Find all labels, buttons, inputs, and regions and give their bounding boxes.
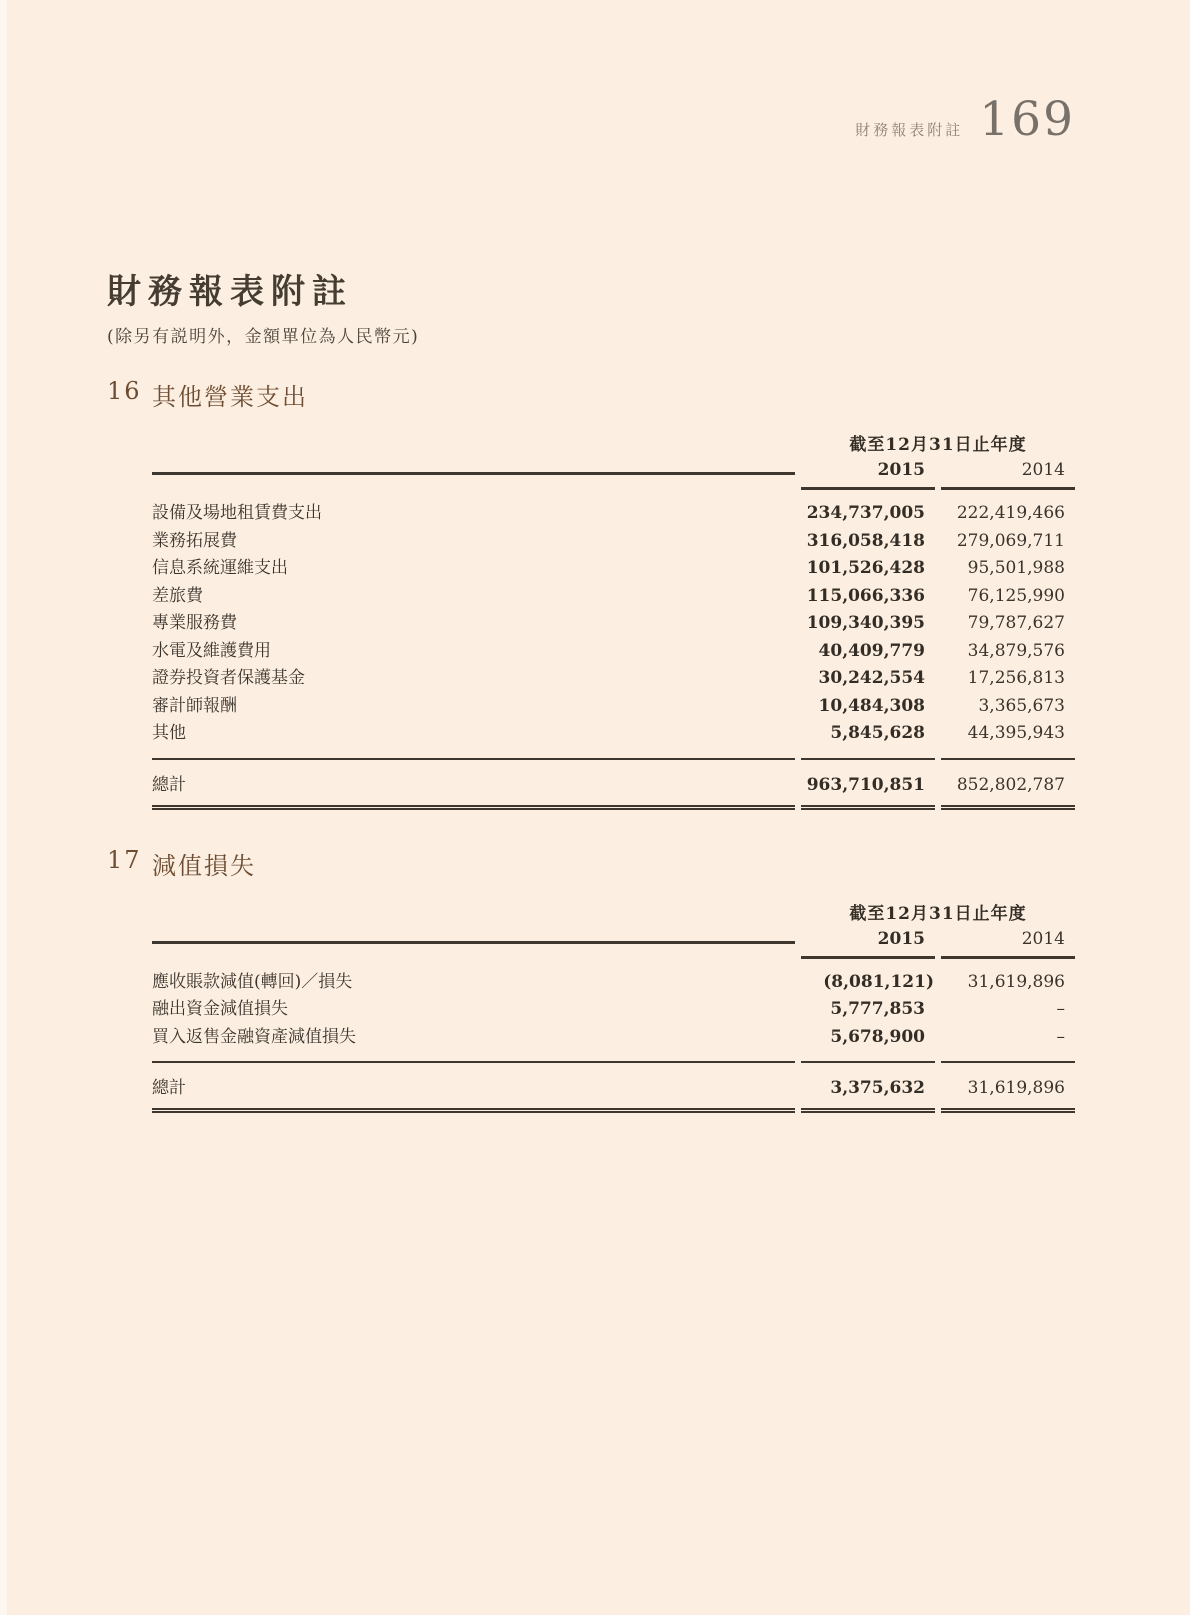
row-label: 信息系統運維支出 bbox=[152, 555, 795, 583]
year-column-2015: 2015 bbox=[801, 928, 935, 959]
period-header: 截至12月31日止年度 bbox=[801, 903, 1075, 925]
row-label: 設備及場地租賃費支出 bbox=[152, 500, 795, 528]
table-row: 專業服務費 109,340,395 79,787,627 bbox=[152, 610, 1075, 638]
total-label: 總計 bbox=[152, 1063, 795, 1113]
row-label: 業務拓展費 bbox=[152, 528, 795, 556]
table-row: 其他 5,845,628 44,395,943 bbox=[152, 720, 1075, 760]
table-row: 審計師報酬 10,484,308 3,365,673 bbox=[152, 693, 1075, 721]
value-2014: 79,787,627 bbox=[941, 610, 1075, 638]
value-2015: 234,737,005 bbox=[801, 500, 935, 528]
total-2015: 3,375,632 bbox=[801, 1063, 935, 1113]
section-17-number: 17 bbox=[107, 846, 152, 881]
section-16-number: 16 bbox=[107, 377, 152, 412]
table-row: 證券投資者保護基金 30,242,554 17,256,813 bbox=[152, 665, 1075, 693]
table-row: 買入返售金融資產減值損失 5,678,900 – bbox=[152, 1024, 1075, 1064]
value-2015: 316,058,418 bbox=[801, 528, 935, 556]
value-2015: 5,777,853 bbox=[801, 996, 935, 1024]
document-subtitle: (除另有説明外，金額單位為人民幣元) bbox=[107, 322, 1075, 347]
value-2014: 34,879,576 bbox=[941, 638, 1075, 666]
table-row: 融出資金減值損失 5,777,853 – bbox=[152, 996, 1075, 1024]
year-column-2015: 2015 bbox=[801, 459, 935, 490]
value-2015: 5,845,628 bbox=[801, 720, 935, 760]
table-row: 業務拓展費 316,058,418 279,069,711 bbox=[152, 528, 1075, 556]
row-label: 水電及維護費用 bbox=[152, 638, 795, 666]
period-header: 截至12月31日止年度 bbox=[801, 434, 1075, 456]
value-2015: 109,340,395 bbox=[801, 610, 935, 638]
running-head: 財務報表附註 169 bbox=[855, 96, 1075, 143]
section-17-title: 減值損失 bbox=[152, 846, 256, 881]
section-17-heading: 17 減值損失 bbox=[107, 846, 1075, 881]
row-label: 融出資金減值損失 bbox=[152, 996, 795, 1024]
year-column-2014: 2014 bbox=[941, 928, 1075, 959]
value-2015: 30,242,554 bbox=[801, 665, 935, 693]
page-edge-shadow bbox=[0, 0, 7, 1615]
row-label: 專業服務費 bbox=[152, 610, 795, 638]
value-2015: 10,484,308 bbox=[801, 693, 935, 721]
value-2014: 76,125,990 bbox=[941, 583, 1075, 611]
row-label: 證券投資者保護基金 bbox=[152, 665, 795, 693]
value-2015: (8,081,121) bbox=[801, 969, 935, 997]
value-2014: 279,069,711 bbox=[941, 528, 1075, 556]
page-content: 財務報表附註 (除另有説明外，金額單位為人民幣元) 16 其他營業支出 截至12… bbox=[0, 0, 1190, 1113]
impairment-losses-table: 截至12月31日止年度 2015 2014 應收賬款減值(轉回)／損失 (8,0… bbox=[152, 903, 1075, 1114]
value-2015: 115,066,336 bbox=[801, 583, 935, 611]
value-2014: 222,419,466 bbox=[941, 500, 1075, 528]
row-label: 差旅費 bbox=[152, 583, 795, 611]
section-16-title: 其他營業支出 bbox=[152, 377, 308, 412]
value-2014: 95,501,988 bbox=[941, 555, 1075, 583]
row-label: 其他 bbox=[152, 720, 795, 760]
period-header-row: 截至12月31日止年度 bbox=[152, 903, 1075, 925]
table-row: 差旅費 115,066,336 76,125,990 bbox=[152, 583, 1075, 611]
value-2015: 40,409,779 bbox=[801, 638, 935, 666]
running-head-label: 財務報表附註 bbox=[855, 119, 963, 140]
value-2014: 44,395,943 bbox=[941, 720, 1075, 760]
table-row: 信息系統運維支出 101,526,428 95,501,988 bbox=[152, 555, 1075, 583]
year-header-row: 2015 2014 bbox=[152, 928, 1075, 959]
row-label: 審計師報酬 bbox=[152, 693, 795, 721]
year-header-row: 2015 2014 bbox=[152, 459, 1075, 490]
other-operating-expenses-table: 截至12月31日止年度 2015 2014 設備及場地租賃費支出 234,737… bbox=[152, 434, 1075, 810]
row-label: 買入返售金融資產減值損失 bbox=[152, 1024, 795, 1064]
document-title: 財務報表附註 bbox=[107, 272, 1075, 312]
page-number: 169 bbox=[979, 96, 1075, 143]
table-row: 水電及維護費用 40,409,779 34,879,576 bbox=[152, 638, 1075, 666]
value-2014: – bbox=[941, 1024, 1075, 1064]
total-row: 總計 3,375,632 31,619,896 bbox=[152, 1063, 1075, 1113]
year-column-2014: 2014 bbox=[941, 459, 1075, 490]
table-body: 設備及場地租賃費支出 234,737,005 222,419,466 業務拓展費… bbox=[152, 490, 1075, 760]
table-row: 應收賬款減值(轉回)／損失 (8,081,121) 31,619,896 bbox=[152, 969, 1075, 997]
value-2015: 101,526,428 bbox=[801, 555, 935, 583]
total-2015: 963,710,851 bbox=[801, 760, 935, 810]
value-2014: 3,365,673 bbox=[941, 693, 1075, 721]
value-2014: 31,619,896 bbox=[941, 969, 1075, 997]
value-2014: 17,256,813 bbox=[941, 665, 1075, 693]
row-label: 應收賬款減值(轉回)／損失 bbox=[152, 969, 795, 997]
table-row: 設備及場地租賃費支出 234,737,005 222,419,466 bbox=[152, 500, 1075, 528]
value-2014: – bbox=[941, 996, 1075, 1024]
total-label: 總計 bbox=[152, 760, 795, 810]
total-2014: 852,802,787 bbox=[941, 760, 1075, 810]
value-2015: 5,678,900 bbox=[801, 1024, 935, 1064]
total-row: 總計 963,710,851 852,802,787 bbox=[152, 760, 1075, 810]
total-2014: 31,619,896 bbox=[941, 1063, 1075, 1113]
section-16-heading: 16 其他營業支出 bbox=[107, 377, 1075, 412]
period-header-row: 截至12月31日止年度 bbox=[152, 434, 1075, 456]
table-body: 應收賬款減值(轉回)／損失 (8,081,121) 31,619,896 融出資… bbox=[152, 959, 1075, 1064]
